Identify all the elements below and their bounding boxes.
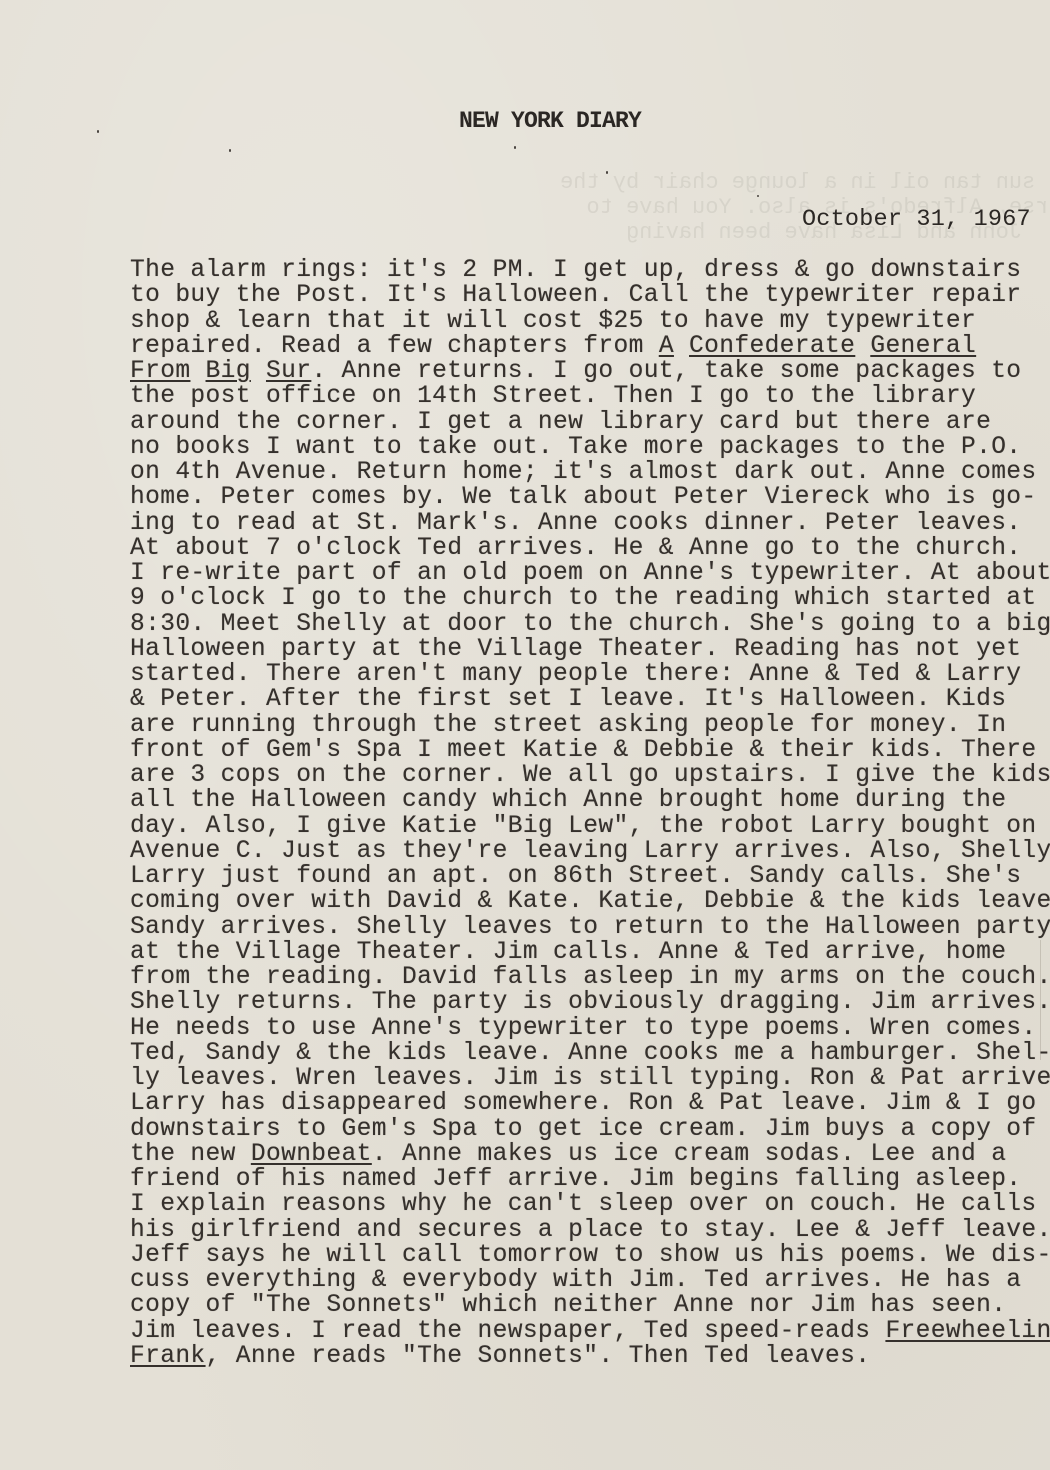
line-text: , Anne reads "The Sonnets". Then Ted lea… — [206, 1343, 871, 1370]
underlined-title: Sur — [266, 358, 311, 385]
line-text: at the Village Theater. Jim calls. Anne … — [130, 939, 1006, 966]
text-line: around the corner. I get a new library c… — [130, 410, 1050, 435]
text-line: coming over with David & Kate. Katie, De… — [130, 889, 1050, 914]
text-line: from the reading. David falls asleep in … — [130, 965, 1050, 990]
text-line: repaired. Read a few chapters from A Con… — [130, 334, 1050, 359]
line-text: Sandy arrives. Shelly leaves to return t… — [130, 914, 1050, 941]
line-text: . Anne returns. I go out, take some pack… — [311, 358, 1021, 385]
ink-speck — [606, 171, 608, 174]
line-text: At about 7 o'clock Ted arrives. He & Ann… — [130, 535, 1021, 562]
diary-entry-body: The alarm rings: it's 2 PM. I get up, dr… — [130, 258, 1050, 1369]
text-line: Sandy arrives. Shelly leaves to return t… — [130, 915, 1050, 940]
underlined-title: Frank — [130, 1343, 206, 1370]
line-text: Jim leaves. I read the newspaper, Ted sp… — [130, 1318, 885, 1345]
line-text: are running through the street asking pe… — [130, 712, 1006, 739]
line-text: 9 o'clock I go to the church to the read… — [130, 585, 1037, 612]
line-text: Jeff says he will call tomorrow to show … — [130, 1242, 1050, 1269]
text-line: Jim leaves. I read the newspaper, Ted sp… — [130, 1319, 1050, 1344]
text-line: copy of "The Sonnets" which neither Anne… — [130, 1293, 1050, 1318]
line-text: no books I want to take out. Take more p… — [130, 434, 1021, 461]
text-line: Shelly returns. The party is obviously d… — [130, 990, 1050, 1015]
line-text: to buy the Post. It's Halloween. Call th… — [130, 282, 1021, 309]
line-text: Shelly returns. The party is obviously d… — [130, 989, 1050, 1016]
line-text: Larry just found an apt. on 86th Street.… — [130, 863, 1021, 890]
text-line: Avenue C. Just as they're leaving Larry … — [130, 839, 1050, 864]
underlined-title: Freewheelin' — [885, 1318, 1050, 1345]
line-text: front of Gem's Spa I meet Katie & Debbie… — [130, 737, 1037, 764]
line-text: day. Also, I give Katie "Big Lew", the r… — [130, 813, 1037, 840]
text-line: at the Village Theater. Jim calls. Anne … — [130, 940, 1050, 965]
line-text: The alarm rings: it's 2 PM. I get up, dr… — [130, 257, 1021, 284]
line-text — [674, 333, 689, 360]
text-line: friend of his named Jeff arrive. Jim beg… — [130, 1167, 1050, 1192]
line-text: I explain reasons why he can't sleep ove… — [130, 1191, 1037, 1218]
line-text — [190, 358, 205, 385]
line-text: shop & learn that it will cost $25 to ha… — [130, 308, 976, 335]
line-text: I re-write part of an old poem on Anne's… — [130, 560, 1050, 587]
line-text: friend of his named Jeff arrive. Jim beg… — [130, 1166, 1021, 1193]
line-text: Ted, Sandy & the kids leave. Anne cooks … — [130, 1040, 1050, 1067]
text-line: on 4th Avenue. Return home; it's almost … — [130, 460, 1050, 485]
ink-speck — [757, 195, 759, 197]
ink-speck — [514, 146, 516, 149]
ink-speck — [97, 130, 99, 133]
text-line: Jeff says he will call tomorrow to show … — [130, 1243, 1050, 1268]
line-text: his girlfriend and secures a place to st… — [130, 1217, 1050, 1244]
text-line: Larry just found an apt. on 86th Street.… — [130, 864, 1050, 889]
underlined-title: General — [870, 333, 976, 360]
text-line: ly leaves. Wren leaves. Jim is still typ… — [130, 1066, 1050, 1091]
line-text: all the Halloween candy which Anne broug… — [130, 787, 1006, 814]
line-text: 8:30. Meet Shelly at door to the church.… — [130, 611, 1050, 638]
line-text: & Peter. After the first set I leave. It… — [130, 686, 1006, 713]
line-text: on 4th Avenue. Return home; it's almost … — [130, 459, 1037, 486]
text-line: I explain reasons why he can't sleep ove… — [130, 1192, 1050, 1217]
line-text: are 3 cops on the corner. We all go upst… — [130, 762, 1050, 789]
entry-date: October 31, 1967 — [802, 206, 1031, 234]
text-line: day. Also, I give Katie "Big Lew", the r… — [130, 814, 1050, 839]
underlined-title: Big — [206, 358, 251, 385]
line-text: ing to read at St. Mark's. Anne cooks di… — [130, 510, 1021, 537]
underlined-title: From — [130, 358, 190, 385]
text-line: From Big Sur. Anne returns. I go out, ta… — [130, 359, 1050, 384]
line-text: downstairs to Gem's Spa to get ice cream… — [130, 1116, 1037, 1143]
text-line: to buy the Post. It's Halloween. Call th… — [130, 283, 1050, 308]
text-line: cuss everything & everybody with Jim. Te… — [130, 1268, 1050, 1293]
text-line: Larry has disappeared somewhere. Ron & P… — [130, 1091, 1050, 1116]
line-text: Halloween party at the Village Theater. … — [130, 636, 1021, 663]
ink-speck — [229, 149, 231, 152]
line-text: Avenue C. Just as they're leaving Larry … — [130, 838, 1050, 865]
text-line: Halloween party at the Village Theater. … — [130, 637, 1050, 662]
line-text: copy of "The Sonnets" which neither Anne… — [130, 1292, 1006, 1319]
line-text: cuss everything & everybody with Jim. Te… — [130, 1267, 1021, 1294]
text-line: The alarm rings: it's 2 PM. I get up, dr… — [130, 258, 1050, 283]
text-line: shop & learn that it will cost $25 to ha… — [130, 309, 1050, 334]
text-line: He needs to use Anne's typewriter to typ… — [130, 1016, 1050, 1041]
text-line: ing to read at St. Mark's. Anne cooks di… — [130, 511, 1050, 536]
text-line: are running through the street asking pe… — [130, 713, 1050, 738]
line-text: ly leaves. Wren leaves. Jim is still typ… — [130, 1065, 1050, 1092]
underlined-title: Confederate — [689, 333, 855, 360]
text-line: Frank, Anne reads "The Sonnets". Then Te… — [130, 1344, 1050, 1369]
line-text: started. There aren't many people there:… — [130, 661, 1021, 688]
line-text: Larry has disappeared somewhere. Ron & P… — [130, 1090, 1037, 1117]
text-line: downstairs to Gem's Spa to get ice cream… — [130, 1117, 1050, 1142]
text-line: 9 o'clock I go to the church to the read… — [130, 586, 1050, 611]
underlined-title: Downbeat — [251, 1141, 372, 1168]
line-text: coming over with David & Kate. Katie, De… — [130, 888, 1050, 915]
line-text: the post office on 14th Street. Then I g… — [130, 383, 976, 410]
line-text: home. Peter comes by. We talk about Pete… — [130, 484, 1037, 511]
text-line: started. There aren't many people there:… — [130, 662, 1050, 687]
line-text: repaired. Read a few chapters from — [130, 333, 659, 360]
text-line: the new Downbeat. Anne makes us ice crea… — [130, 1142, 1050, 1167]
text-line: home. Peter comes by. We talk about Pete… — [130, 485, 1050, 510]
line-text: the new — [130, 1141, 251, 1168]
line-text: . Anne makes us ice cream sodas. Lee and… — [372, 1141, 1007, 1168]
document-page: The sun all covered with sun tan oil in … — [0, 0, 1050, 1470]
text-line: & Peter. After the first set I leave. It… — [130, 687, 1050, 712]
line-text: He needs to use Anne's typewriter to typ… — [130, 1015, 1037, 1042]
line-text — [251, 358, 266, 385]
text-line: 8:30. Meet Shelly at door to the church.… — [130, 612, 1050, 637]
text-line: no books I want to take out. Take more p… — [130, 435, 1050, 460]
text-line: are 3 cops on the corner. We all go upst… — [130, 763, 1050, 788]
text-line: Ted, Sandy & the kids leave. Anne cooks … — [130, 1041, 1050, 1066]
document-title: NEW YORK DIARY — [459, 108, 641, 134]
text-line: front of Gem's Spa I meet Katie & Debbie… — [130, 738, 1050, 763]
text-line: the post office on 14th Street. Then I g… — [130, 384, 1050, 409]
line-text — [855, 333, 870, 360]
text-line: his girlfriend and secures a place to st… — [130, 1218, 1050, 1243]
text-line: all the Halloween candy which Anne broug… — [130, 788, 1050, 813]
line-text: around the corner. I get a new library c… — [130, 409, 991, 436]
line-text: from the reading. David falls asleep in … — [130, 964, 1050, 991]
underlined-title: A — [659, 333, 674, 360]
text-line: At about 7 o'clock Ted arrives. He & Ann… — [130, 536, 1050, 561]
text-line: I re-write part of an old poem on Anne's… — [130, 561, 1050, 586]
